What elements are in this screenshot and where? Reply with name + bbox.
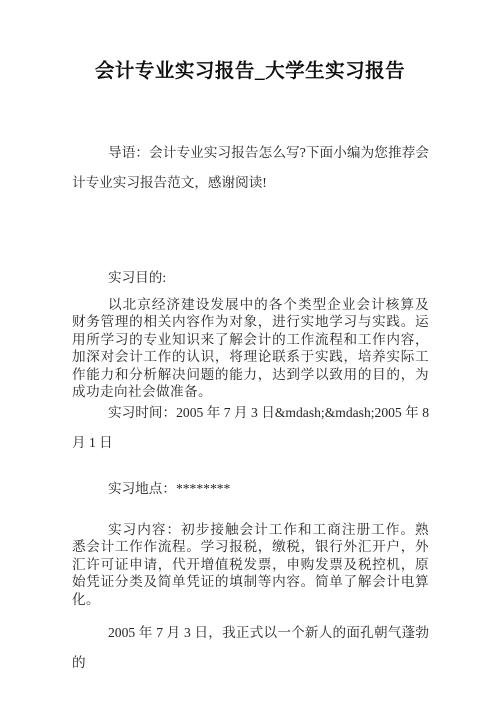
intro-paragraph: 导语：会计专业实习报告怎么写?下面小编为您推荐会计专业实习报告范文，感谢阅读! [72, 138, 429, 198]
closing-paragraph: 2005 年 7 月 3 日，我正式以一个新人的面孔朝气蓬勃的 [72, 618, 429, 678]
document-title: 会计专业实习报告_大学生实习报告 [0, 58, 500, 85]
internship-place-paragraph: 实习地点：******** [72, 474, 429, 504]
purpose-body-paragraph: 以北京经济建设发展中的各个类型企业会计核算及财务管理的相关内容作为对象，进行实地… [72, 296, 429, 400]
internship-content-paragraph: 实习内容：初步接触会计工作和工商注册工作。熟悉会计工作作流程。学习报税，缴税，银… [72, 521, 429, 608]
internship-time-paragraph: 实习时间：2005 年 7 月 3 日&mdash;&mdash;2005 年 … [72, 398, 429, 458]
purpose-heading: 实习目的: [72, 263, 429, 293]
document-page: 会计专业实习报告_大学生实习报告 导语：会计专业实习报告怎么写?下面小编为您推荐… [0, 0, 500, 707]
